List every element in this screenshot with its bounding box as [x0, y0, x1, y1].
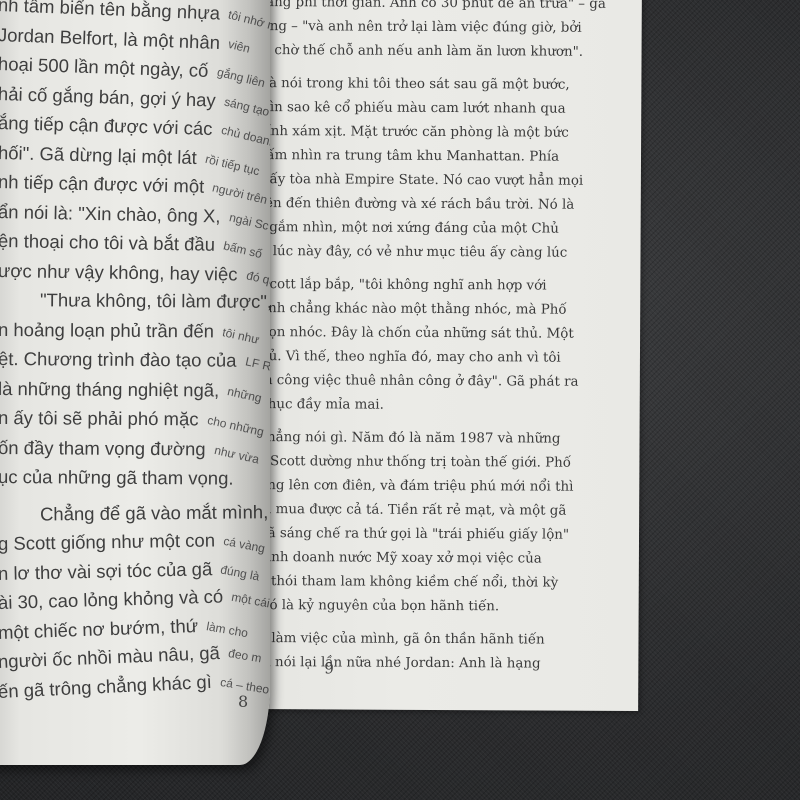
- line-main-text: nh tấm biển tên bằng nhựa: [0, 0, 226, 24]
- text-line: là mua được cả tá. Tiền rất rẻ mạt, và m…: [259, 498, 544, 523]
- line-main-text: n lơ thơ vài sợi tóc của gã: [0, 558, 218, 584]
- line-main-text: ện thoại cho tôi và bắt đầu: [0, 230, 220, 255]
- line-main-text: n ấy tôi sẽ phải phó mặc: [0, 407, 204, 429]
- text-line: m công việc thuê nhân công ở đây". Gã ph…: [260, 369, 545, 394]
- line-main-text: ệt. Chương trình đào tạo của: [0, 348, 242, 371]
- text-line: ện thoại cho tôi và bắt đầu bấm số: [0, 226, 270, 261]
- text-line: ệt. Chương trình đào tạo của LF Ro: [0, 344, 270, 376]
- line-main-text: ục của những gã tham vọng.: [0, 466, 234, 489]
- text-line: Đó là kỷ nguyên của bọn hãnh tiến.: [259, 594, 544, 619]
- line-main-text: hoại 500 lần một ngày, cố: [0, 53, 214, 81]
- line-main-text: ắng tiếp cận được với các: [0, 112, 218, 139]
- line-main-text: một chiếc nơ bướm, thứ: [0, 614, 204, 642]
- text-line: tính xám xịt. Mặt trước căn phòng là một…: [261, 120, 546, 145]
- text-line: kinh doanh nước Mỹ xoay xở mọi việc của: [259, 546, 544, 571]
- text-line: Scott lắp bắp, "tôi không nghĩ anh hợp v…: [260, 273, 545, 298]
- text-line: n ấy tôi sẽ phải phó mặc cho những: [0, 403, 270, 435]
- text-line: là những tháng nghiệt ngã, những: [0, 374, 270, 406]
- text-line: g chờ thế chỗ anh nếu anh làm ăn lươn kh…: [261, 39, 546, 64]
- text-line: n hoảng loạn phủ trần đến tôi như: [0, 315, 270, 347]
- text-line: à lúc này đây, có vẻ như mục tiêu ấy càn…: [260, 240, 545, 265]
- line-main-text: Jordan Belfort, là một nhân: [0, 24, 226, 53]
- text-line: ang lên cơn điên, và đám triệu phú mới n…: [259, 474, 544, 499]
- text-line: tấm nhìn ra trung tâm khu Manhattan. Phí…: [261, 144, 546, 169]
- line-main-text: ược như vậy không, hay việc: [0, 260, 243, 285]
- line-main-text: n hoảng loạn phủ trần đến: [0, 319, 219, 342]
- left-page-text: nh tấm biển tên bằng nhựa tôi nhớ rằng k…: [0, 0, 270, 706]
- text-line: ôi nói lại lần nữa nhé Jordan: Anh là hạ…: [258, 651, 543, 676]
- right-page: lãng phí thời gian. Anh có 30 phút để ăn…: [238, 0, 642, 711]
- line-main-text: ẩn nói là: "Xin chào, ông X,: [0, 201, 226, 227]
- text-line: bọn nhóc. Đây là chốn của những sát thủ.…: [260, 321, 545, 346]
- text-line: hấy tòa nhà Empire State. Nó cao vượt hẳ…: [261, 168, 546, 193]
- text-line: r Scott dường như thống trị toàn thế giớ…: [259, 450, 544, 475]
- photo-scene: lãng phí thời gian. Anh có 30 phút để ăn…: [0, 0, 800, 800]
- page-number-left: 8: [238, 692, 248, 711]
- text-line: khục đầy mỉa mai.: [260, 393, 545, 418]
- text-line: a thói tham lam không kiềm chế nổi, thời…: [259, 570, 544, 595]
- line-main-text: "Thưa không, tôi làm được",: [40, 289, 270, 312]
- text-line: và nói trong khi tôi theo sát sau gã một…: [261, 72, 546, 97]
- text-line: đã sáng chế ra thứ gọi là "trái phiếu gi…: [259, 522, 544, 547]
- line-main-text: là những tháng nghiệt ngã,: [0, 378, 224, 401]
- line-main-text: g Scott giống như một con: [0, 529, 220, 554]
- text-line: ục của những gã tham vọng.: [0, 462, 270, 494]
- text-line: lãng phí thời gian. Anh có 30 phút để ăn…: [262, 0, 547, 17]
- text-line: lên đến thiên đường và xé rách bầu trời.…: [261, 192, 546, 217]
- text-line: nìn sao kê cổ phiếu màu cam lướt nhanh q…: [261, 96, 546, 121]
- line-main-text: ến gã trông chẳng khác gì: [0, 670, 217, 701]
- left-page: nh tấm biển tên bằng nhựa tôi nhớ rằng k…: [0, 0, 270, 765]
- line-main-text: ốn đầy tham vọng đường: [0, 437, 211, 459]
- text-line: ọng – "và anh nên trở lại làm việc đúng …: [262, 15, 547, 40]
- line-main-text: nh tiếp cận được với một: [0, 171, 210, 197]
- text-line: chẳng nói gì. Năm đó là năm 1987 và nhữn…: [259, 426, 544, 451]
- text-line: "Thưa không, tôi làm được", tôi: [0, 285, 270, 317]
- text-line: Chẳng để gã vào mắt mình, tôi: [0, 496, 270, 529]
- text-line: anh chẳng khác nào một thằng nhóc, mà Ph…: [260, 297, 545, 322]
- text-line: n làm việc của mình, gã ôn thần hãnh tiế…: [258, 627, 543, 652]
- line-main-text: hải cố gắng bán, gợi ý hay: [0, 83, 221, 111]
- text-line: ngắm nhìn, một nơi xứng đáng của một Chủ: [261, 216, 546, 241]
- line-main-text: ài 30, cao lỏng khỏng và có: [0, 585, 229, 613]
- page-number-right: 9: [324, 659, 334, 677]
- text-line: ốn đầy tham vọng đường như vừa: [0, 433, 270, 465]
- line-main-text: Chẳng để gã vào mắt mình,: [40, 501, 270, 524]
- text-line: hủ. Vì thế, theo nghĩa đó, may cho anh v…: [260, 345, 545, 370]
- right-page-text: lãng phí thời gian. Anh có 30 phút để ăn…: [258, 0, 547, 677]
- line-main-text: hối". Gã dừng lại một lát: [0, 142, 202, 168]
